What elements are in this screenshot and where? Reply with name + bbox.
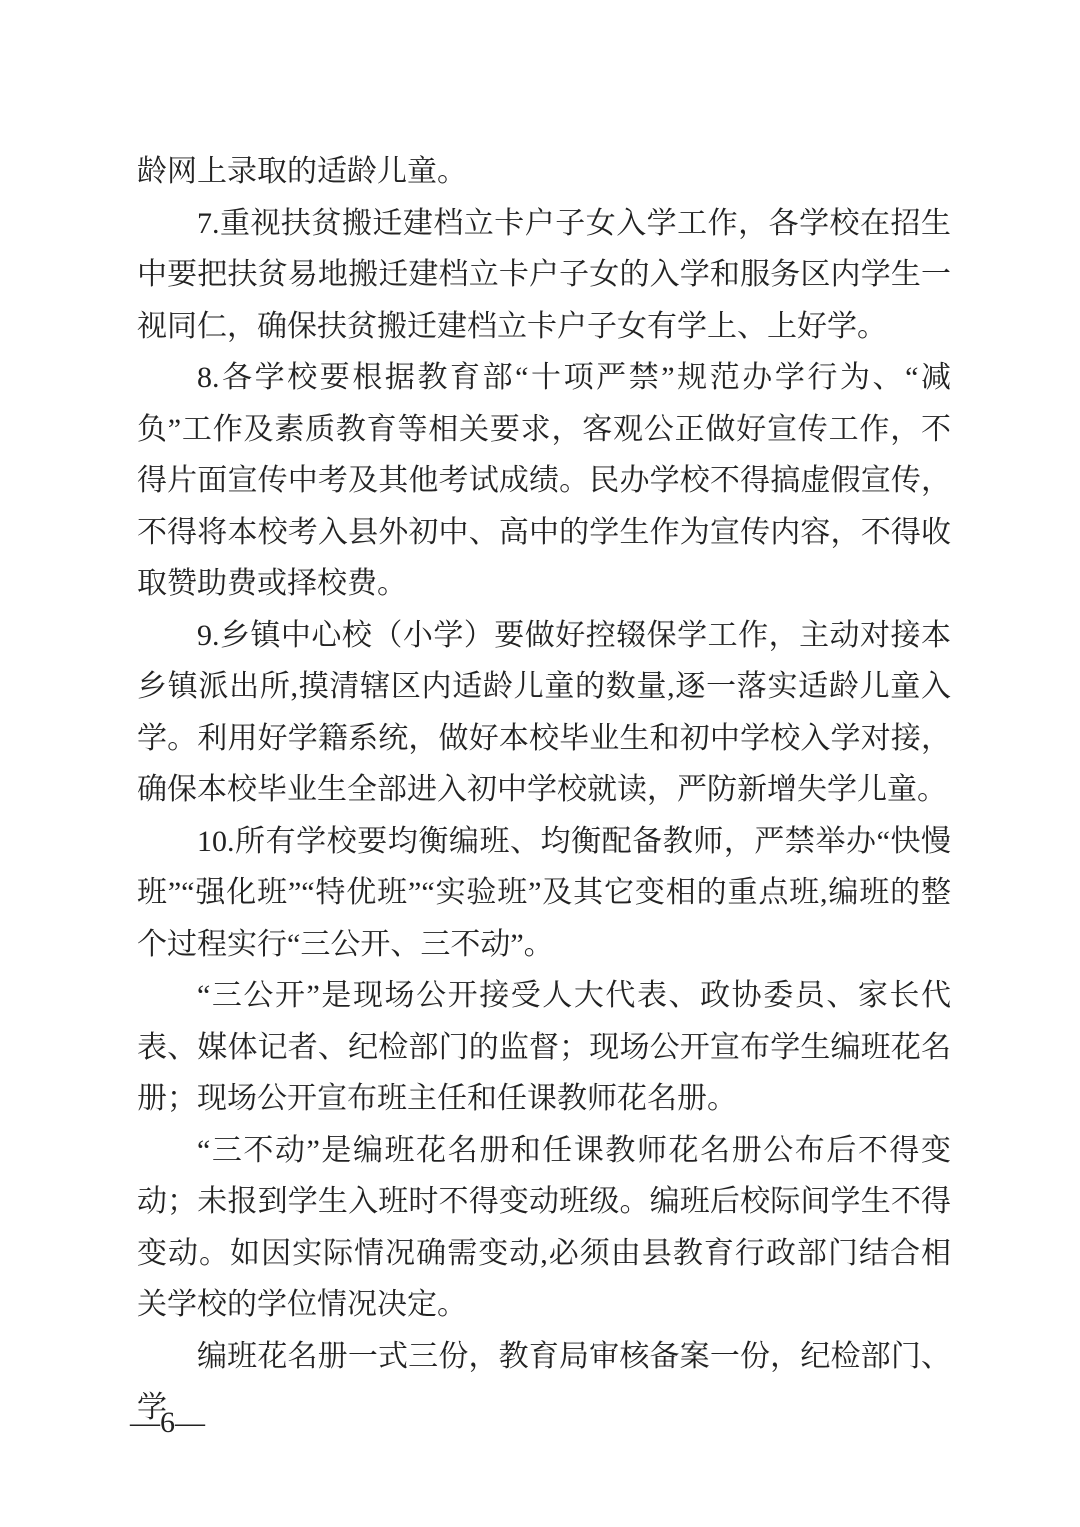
paragraph: 编班花名册一式三份，教育局审核备案一份，纪检部门、学 — [137, 1331, 951, 1434]
paragraph: 9.乡镇中心校（小学）要做好控辍保学工作，主动对接本乡镇派出所,摸清辖区内适龄儿… — [137, 610, 951, 816]
paragraph: 7.重视扶贫搬迁建档立卡户子女入学工作，各学校在招生中要把扶贫易地搬迁建档立卡户… — [137, 198, 951, 353]
paragraph: 8.各学校要根据教育部“十项严禁”规范办学行为、“减负”工作及素质教育等相关要求… — [137, 352, 951, 610]
document-page: 龄网上录取的适龄儿童。7.重视扶贫搬迁建档立卡户子女入学工作，各学校在招生中要把… — [0, 0, 1080, 1527]
page-number: —6— — [130, 1406, 205, 1440]
document-body: 龄网上录取的适龄儿童。7.重视扶贫搬迁建档立卡户子女入学工作，各学校在招生中要把… — [137, 146, 951, 1434]
paragraph: 10.所有学校要均衡编班、均衡配备教师，严禁举办“快慢班”“强化班”“特优班”“… — [137, 816, 951, 971]
paragraph: 龄网上录取的适龄儿童。 — [137, 146, 951, 198]
paragraph: “三不动”是编班花名册和任课教师花名册公布后不得变动；未报到学生入班时不得变动班… — [137, 1125, 951, 1331]
paragraph: “三公开”是现场公开接受人大代表、政协委员、家长代表、媒体记者、纪检部门的监督；… — [137, 970, 951, 1125]
